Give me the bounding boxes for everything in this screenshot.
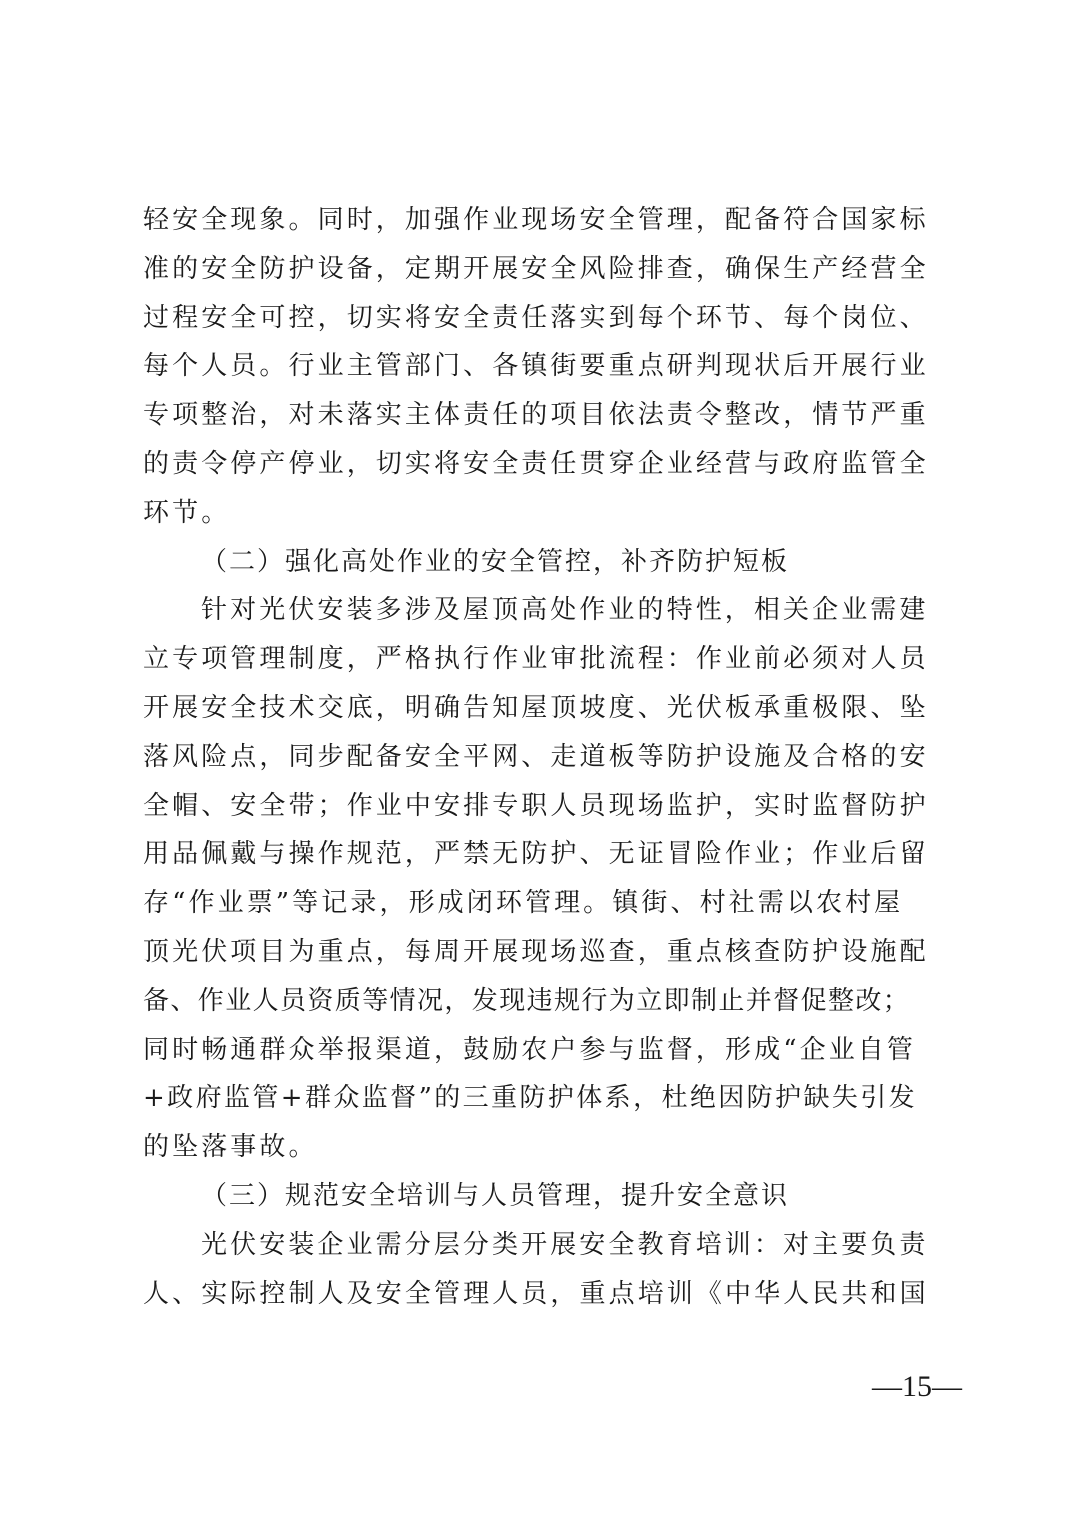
body-line: 过程安全可控，切实将安全责任落实到每个环节、每个岗位、 (143, 294, 927, 343)
section-heading-2: （二）强化高处作业的安全管控，补齐防护短板 (143, 538, 927, 587)
body-line: 用品佩戴与操作规范，严禁无防护、无证冒险作业；作业后留 (143, 830, 927, 879)
body-line: 的责令停产停业，切实将安全责任贯穿企业经营与政府监管全 (143, 440, 927, 489)
body-line: 落风险点，同步配备安全平网、走道板等防护设施及合格的安 (143, 733, 927, 782)
body-line: 顶光伏项目为重点，每周开展现场巡查，重点核查防护设施配 (143, 928, 927, 977)
body-line: 的坠落事故。 (143, 1123, 927, 1172)
section-heading-3: （三）规范安全培训与人员管理，提升安全意识 (143, 1172, 927, 1221)
body-line: 每个人员。行业主管部门、各镇街要重点研判现状后开展行业 (143, 342, 927, 391)
document-page: 轻安全现象。同时，加强作业现场安全管理，配备符合国家标 准的安全防护设备，定期开… (143, 196, 927, 1318)
body-line: 环节。 (143, 489, 927, 538)
body-line: 同时畅通群众举报渠道，鼓励农户参与监督，形成“企业自管 (143, 1026, 927, 1075)
body-line: 全帽、安全带；作业中安排专职人员现场监护，实时监督防护 (143, 782, 927, 831)
body-line: 专项整治，对未落实主体责任的项目依法责令整改，情节严重 (143, 391, 927, 440)
paragraph-start-line: 光伏安装企业需分层分类开展安全教育培训：对主要负责 (143, 1221, 927, 1270)
body-line: 开展安全技术交底，明确告知屋顶坡度、光伏板承重极限、坠 (143, 684, 927, 733)
page-number: —15— (872, 1370, 962, 1404)
body-line: 立专项管理制度，严格执行作业审批流程：作业前必须对人员 (143, 635, 927, 684)
body-line: 轻安全现象。同时，加强作业现场安全管理，配备符合国家标 (143, 196, 927, 245)
body-line: 人、实际控制人及安全管理人员，重点培训《中华人民共和国 (143, 1270, 927, 1319)
body-line: +政府监管+群众监督”的三重防护体系，杜绝因防护缺失引发 (143, 1074, 927, 1123)
body-line: 备、作业人员资质等情况，发现违规行为立即制止并督促整改； (143, 977, 927, 1026)
body-line: 准的安全防护设备，定期开展安全风险排查，确保生产经营全 (143, 245, 927, 294)
body-line: 存“作业票”等记录，形成闭环管理。镇街、村社需以农村屋 (143, 879, 927, 928)
paragraph-start-line: 针对光伏安装多涉及屋顶高处作业的特性，相关企业需建 (143, 586, 927, 635)
